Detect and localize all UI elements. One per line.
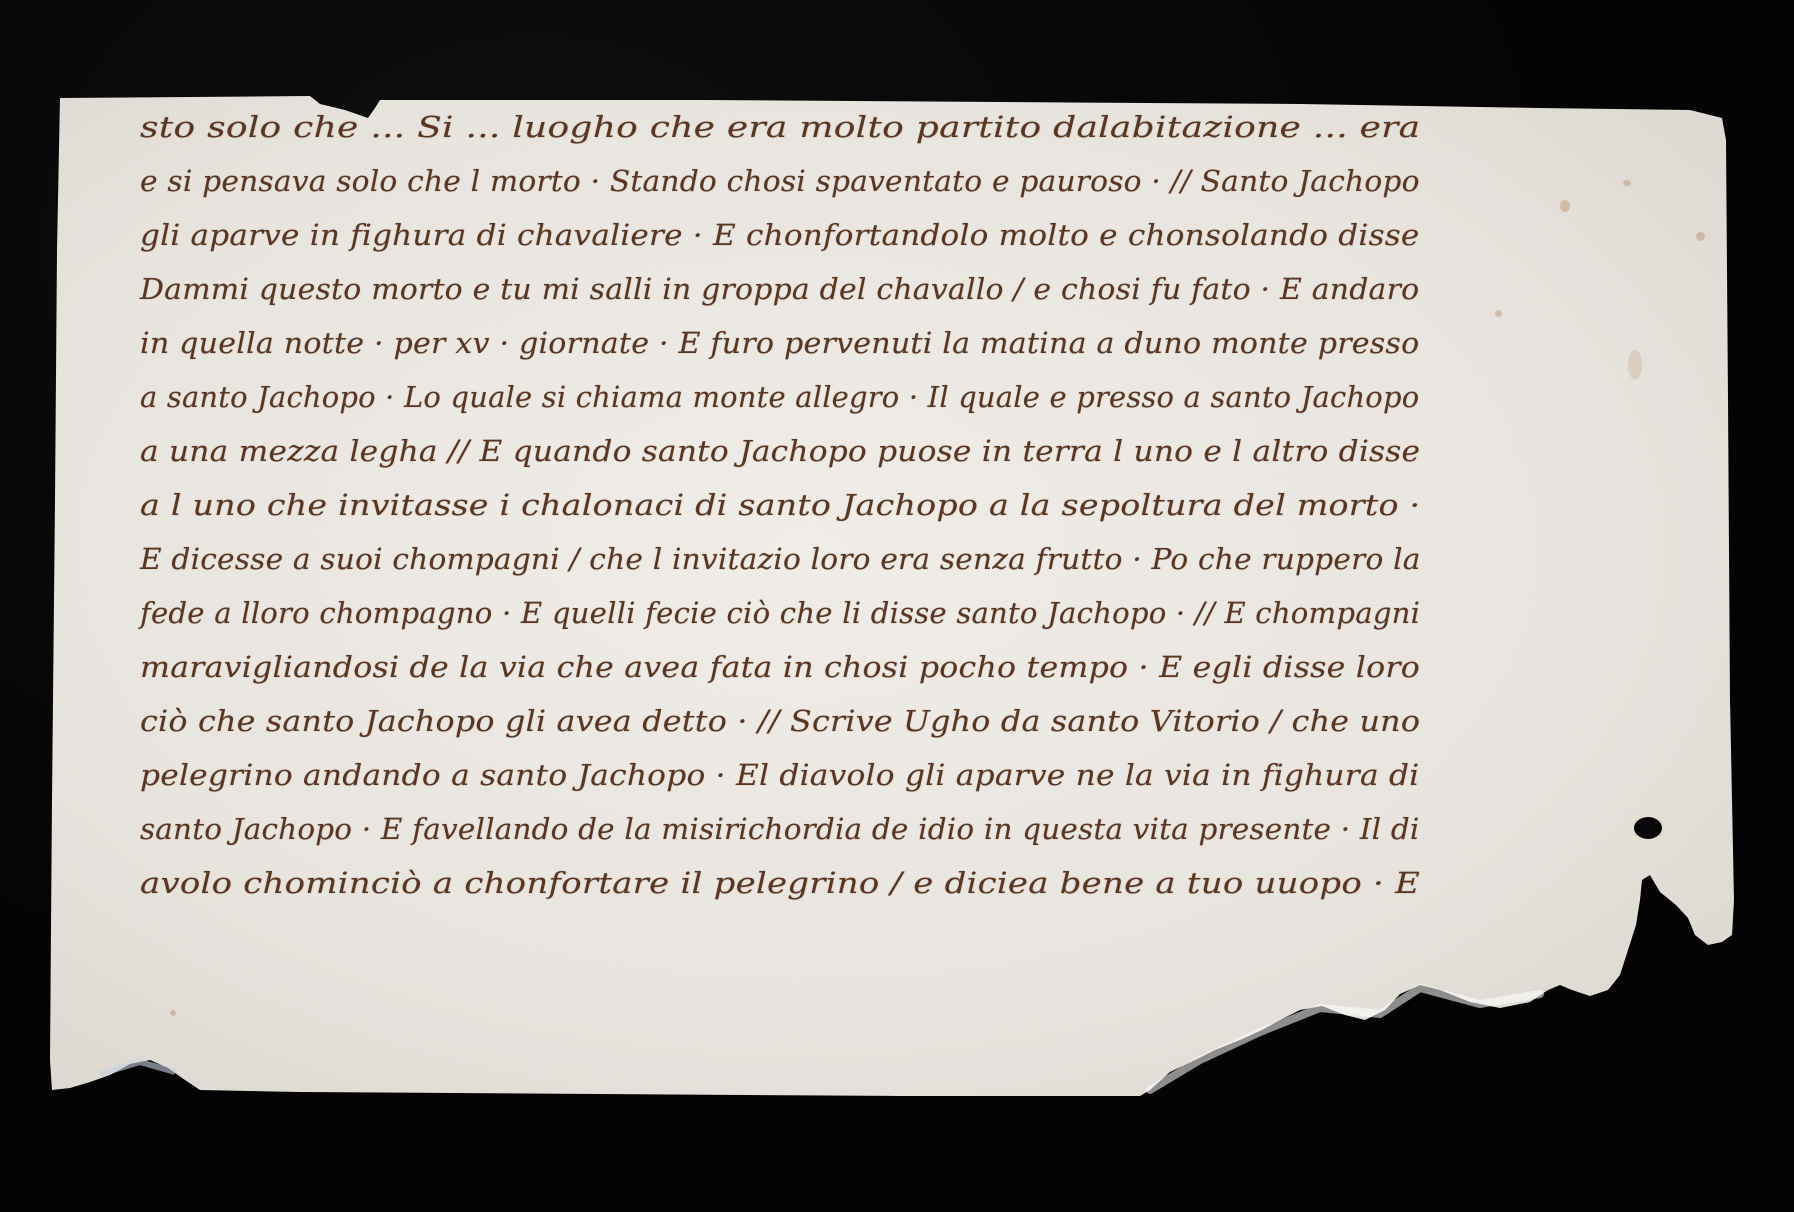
text-line-2: e si pensava solo che l morto · Stando c… <box>140 164 1420 218</box>
text-line-9: E dicesse a suoi chompagni / che l invit… <box>140 542 1421 596</box>
text-line-13: pelegrino andando a santo Jachopo · El d… <box>140 758 1419 812</box>
text-line-7: a una mezza legha // E quando santo Jach… <box>140 434 1420 488</box>
text-line-6: a santo Jachopo · Lo quale si chiama mon… <box>140 380 1419 434</box>
text-line-14: santo Jachopo · E favellando de la misir… <box>140 812 1420 866</box>
foxing-spot <box>1628 350 1642 380</box>
text-line-4: Dammi questo morto e tu mi salli in grop… <box>140 272 1419 326</box>
foxing-spot <box>1623 180 1631 186</box>
foxing-spot <box>170 1010 176 1016</box>
text-line-12: ciò che santo Jachopo gli avea detto · /… <box>140 704 1420 758</box>
text-line-8: a l uno che invitasse i chalonaci di san… <box>140 488 1420 542</box>
foxing-spot <box>1696 232 1705 241</box>
text-line-11: maravigliandosi de la via che avea fata … <box>140 650 1420 704</box>
parchment-hole <box>1634 817 1662 839</box>
text-line-5: in quella notte · per xv · giornate · E … <box>140 326 1419 380</box>
foxing-spot <box>1560 200 1570 212</box>
text-line-1: sto solo che ... Si ... luogho che era m… <box>140 110 1420 164</box>
foxing-spot <box>1495 310 1502 317</box>
text-line-10: fede a lloro chompagno · E quelli fecie … <box>140 596 1420 650</box>
text-line-15: avolo chominciò a chonfortare il pelegri… <box>140 866 1420 920</box>
text-line-3: gli aparve in fighura di chavaliere · E … <box>140 218 1420 272</box>
